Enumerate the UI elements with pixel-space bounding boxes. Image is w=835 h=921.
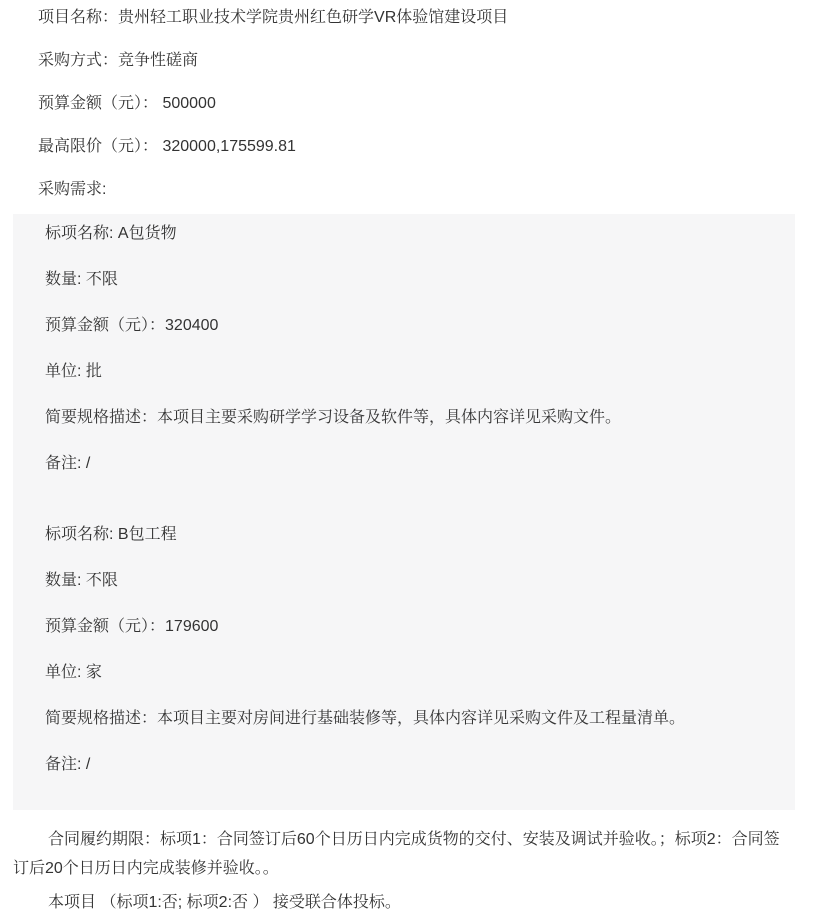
procurement-method-value: 竞争性磋商: [118, 52, 198, 69]
lot-quantity-value: 不限: [86, 572, 118, 589]
lot-budget-line: 预算金额（元）：179600: [45, 618, 765, 636]
lot-unit-line: 单位: 批: [45, 363, 765, 381]
lot-block-b: 标项名称: B包工程 数量: 不限 预算金额（元）：179600 单位: 家 简…: [45, 526, 765, 774]
lot-unit-label: 单位:: [45, 363, 86, 380]
contract-period-line: 合同履约期限：标项1：合同签订后60个日历日内完成货物的交付、安装及调试并验收。…: [13, 825, 795, 883]
summary-section: 项目名称：贵州轻工职业技术学院贵州红色研学VR体验馆建设项目 采购方式：竞争性磋…: [0, 0, 835, 198]
lot-remark-value: /: [86, 756, 90, 773]
procurement-method-label: 采购方式：: [38, 52, 118, 69]
lot-unit-label: 单位:: [45, 664, 86, 681]
lot-budget-label: 预算金额（元）：: [45, 317, 165, 334]
lot-block-a: 标项名称: A包货物 数量: 不限 预算金额（元）：320400 单位: 批 简…: [45, 225, 765, 473]
lot-budget-value: 179600: [165, 618, 218, 635]
joint-bidding-line: 本项目 （标项1:否; 标项2:否 ） 接受联合体投标。: [13, 888, 795, 917]
lot-spec-value: 本项目主要对房间进行基础装修等，具体内容详见采购文件及工程量清单。: [157, 710, 685, 727]
lot-name-label: 标项名称:: [45, 225, 118, 242]
lots-box: 标项名称: A包货物 数量: 不限 预算金额（元）：320400 单位: 批 简…: [13, 214, 795, 810]
lot-quantity-line: 数量: 不限: [45, 572, 765, 590]
max-price-value: 320000,175599.81: [162, 138, 295, 155]
budget-amount-value: 500000: [162, 95, 215, 112]
project-name-line: 项目名称：贵州轻工职业技术学院贵州红色研学VR体验馆建设项目: [13, 10, 795, 26]
lot-budget-line: 预算金额（元）：320400: [45, 317, 765, 335]
lot-spec-value: 本项目主要采购研学学习设备及软件等，具体内容详见采购文件。: [157, 409, 621, 426]
lot-quantity-value: 不限: [86, 271, 118, 288]
lot-name-label: 标项名称:: [45, 526, 118, 543]
lot-spec-label: 简要规格描述：: [45, 710, 157, 727]
lot-remark-line: 备注: /: [45, 756, 765, 774]
procurement-method-line: 采购方式：竞争性磋商: [13, 53, 795, 69]
lot-remark-value: /: [86, 455, 90, 472]
max-price-line: 最高限价（元）： 320000,175599.81: [13, 139, 795, 155]
procurement-notice-page: 项目名称：贵州轻工职业技术学院贵州红色研学VR体验馆建设项目 采购方式：竞争性磋…: [0, 0, 835, 921]
project-name-value: 贵州轻工职业技术学院贵州红色研学VR体验馆建设项目: [118, 9, 508, 26]
lot-spec-label: 简要规格描述：: [45, 409, 157, 426]
lot-name-line: 标项名称: A包货物: [45, 225, 765, 243]
footer-section: 合同履约期限：标项1：合同签订后60个日历日内完成货物的交付、安装及调试并验收。…: [0, 810, 835, 921]
lot-quantity-line: 数量: 不限: [45, 271, 765, 289]
lot-quantity-label: 数量:: [45, 572, 86, 589]
requirements-heading-label: 采购需求:: [38, 181, 106, 198]
lot-unit-value: 批: [86, 363, 102, 380]
lot-unit-value: 家: [86, 664, 102, 681]
lot-budget-label: 预算金额（元）：: [45, 618, 165, 635]
lot-spec-line: 简要规格描述：本项目主要对房间进行基础装修等，具体内容详见采购文件及工程量清单。: [45, 710, 765, 728]
lot-spec-line: 简要规格描述：本项目主要采购研学学习设备及软件等，具体内容详见采购文件。: [45, 409, 765, 427]
lot-unit-line: 单位: 家: [45, 664, 765, 682]
budget-amount-line: 预算金额（元）： 500000: [13, 96, 795, 112]
lot-remark-label: 备注:: [45, 455, 86, 472]
lot-name-line: 标项名称: B包工程: [45, 526, 765, 544]
max-price-label: 最高限价（元）：: [38, 138, 162, 155]
lot-quantity-label: 数量:: [45, 271, 86, 288]
lot-name-value: B包工程: [118, 526, 177, 543]
lot-remark-line: 备注: /: [45, 455, 765, 473]
requirements-heading: 采购需求:: [13, 182, 795, 198]
lot-remark-label: 备注:: [45, 756, 86, 773]
lot-budget-value: 320400: [165, 317, 218, 334]
lot-name-value: A包货物: [118, 225, 177, 242]
budget-amount-label: 预算金额（元）：: [38, 95, 162, 112]
project-name-label: 项目名称：: [38, 9, 118, 26]
